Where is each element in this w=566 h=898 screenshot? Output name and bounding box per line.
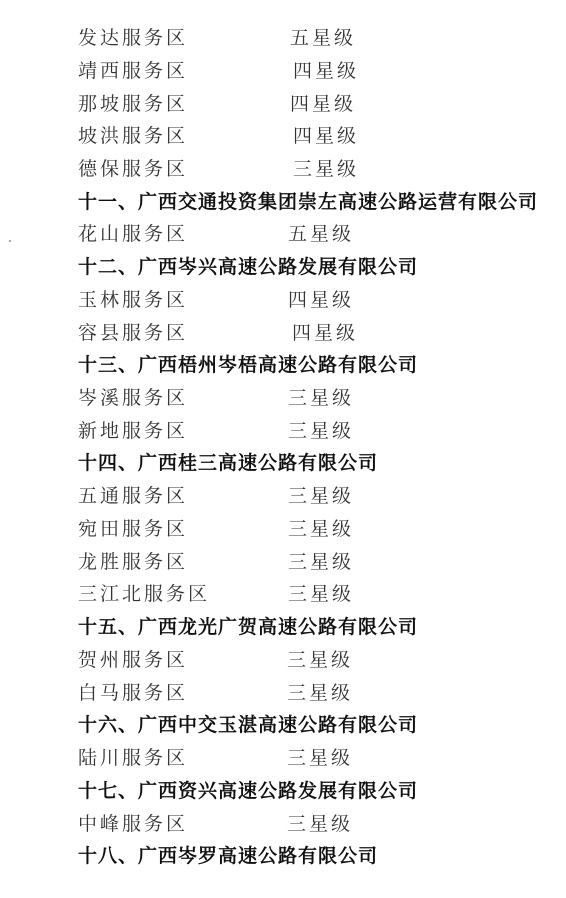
star-rating: 三星级: [287, 644, 353, 677]
star-rating: 五星级: [288, 218, 354, 251]
star-rating: 四星级: [288, 284, 354, 317]
service-area-name: 宛田服务区: [78, 513, 188, 546]
company-heading: 十三、广西梧州岑梧高速公路有限公司: [78, 349, 418, 382]
service-area-name: 新地服务区: [78, 415, 188, 448]
star-rating: 四星级: [293, 120, 359, 153]
star-rating: 三星级: [287, 742, 353, 775]
star-rating: 四星级: [292, 317, 358, 350]
star-rating: 五星级: [290, 22, 356, 55]
star-rating: 四星级: [293, 55, 359, 88]
company-heading: 十一、广西交通投资集团崇左高速公路运营有限公司: [78, 186, 538, 219]
service-area-name: 发达服务区: [78, 22, 188, 55]
star-rating: 三星级: [288, 480, 354, 513]
service-area-name: 德保服务区: [78, 153, 188, 186]
star-rating: 三星级: [288, 546, 354, 579]
star-rating: 三星级: [287, 808, 353, 841]
star-rating: 三星级: [288, 382, 354, 415]
service-area-name: 容县服务区: [78, 317, 188, 350]
service-area-name: 三江北服务区: [78, 578, 210, 611]
service-area-name: 花山服务区: [78, 218, 188, 251]
company-heading: 十二、广西岑兴高速公路发展有限公司: [78, 251, 418, 284]
service-area-name: 五通服务区: [78, 480, 188, 513]
service-area-name: 靖西服务区: [78, 55, 188, 88]
company-heading: 十五、广西龙光广贺高速公路有限公司: [78, 611, 418, 644]
service-area-name: 贺州服务区: [78, 644, 188, 677]
service-area-name: 那坡服务区: [78, 88, 188, 121]
scan-speck: [9, 240, 11, 242]
star-rating: 三星级: [288, 415, 354, 448]
service-area-name: 龙胜服务区: [78, 546, 188, 579]
star-rating: 三星级: [288, 578, 354, 611]
company-heading: 十六、广西中交玉湛高速公路有限公司: [78, 709, 418, 742]
service-area-name: 玉林服务区: [78, 284, 188, 317]
company-heading: 十八、广西岑罗高速公路有限公司: [78, 840, 378, 873]
document-page: 发达服务区五星级靖西服务区四星级那坡服务区四星级坡洪服务区四星级德保服务区三星级…: [0, 0, 566, 898]
service-area-name: 岑溪服务区: [78, 382, 188, 415]
service-area-name: 陆川服务区: [78, 742, 188, 775]
service-area-name: 中峰服务区: [78, 808, 188, 841]
company-heading: 十七、广西资兴高速公路发展有限公司: [78, 775, 418, 808]
company-heading: 十四、广西桂三高速公路有限公司: [78, 447, 378, 480]
star-rating: 四星级: [290, 88, 356, 121]
star-rating: 三星级: [288, 513, 354, 546]
service-area-name: 坡洪服务区: [78, 120, 188, 153]
service-area-name: 白马服务区: [78, 677, 188, 710]
star-rating: 三星级: [287, 677, 353, 710]
star-rating: 三星级: [293, 153, 359, 186]
